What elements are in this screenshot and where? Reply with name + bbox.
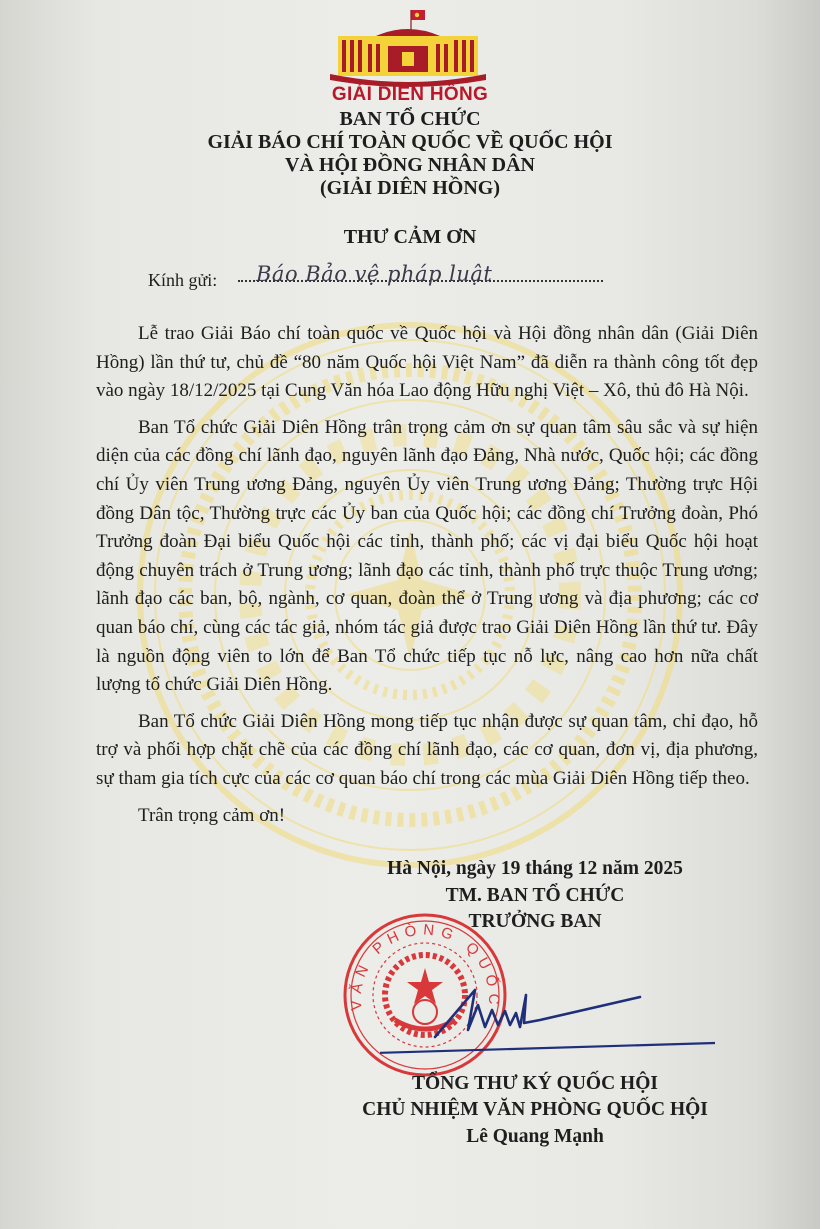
letter-title: THƯ CẢM ƠN [0, 226, 820, 249]
handwritten-signature-icon [380, 975, 720, 1055]
letter-body: Lễ trao Giải Báo chí toàn quốc về Quốc h… [96, 320, 758, 838]
letter-page: GIẢI DIÊN HỒNG BAN TỔ CHỨC GIẢI BÁO CHÍ … [0, 0, 820, 1229]
paragraph-2: Ban Tổ chức Giải Diên Hồng trân trọng cả… [96, 414, 758, 700]
place-date: Hà Nội, ngày 19 tháng 12 năm 2025 [325, 857, 745, 880]
on-behalf-of: TM. BAN TỔ CHỨC [325, 884, 745, 907]
signer-title-2: CHỦ NHIỆM VĂN PHÒNG QUỐC HỘI [325, 1098, 745, 1121]
paragraph-1: Lễ trao Giải Báo chí toàn quốc về Quốc h… [96, 320, 758, 406]
recipient-handwritten: Báo Bảo vệ pháp luật [256, 262, 492, 286]
award-name-line-3: (GIẢI DIÊN HỒNG) [0, 177, 820, 200]
award-name-line-2: VÀ HỘI ĐỒNG NHÂN DÂN [0, 154, 820, 177]
dien-hong-logo-icon [328, 6, 488, 88]
organizer-line: BAN TỔ CHỨC [0, 108, 820, 131]
greeting: Kính gửi: Báo Bảo vệ pháp luật [148, 270, 217, 291]
signer-title-1: TỔNG THƯ KÝ QUỐC HỘI [325, 1072, 745, 1095]
greeting-label: Kính gửi: [148, 270, 217, 291]
logo-text: GIẢI DIÊN HỒNG [0, 84, 820, 106]
paragraph-3: Ban Tổ chức Giải Diên Hồng mong tiếp tục… [96, 708, 758, 794]
signer-name: Lê Quang Mạnh [325, 1125, 745, 1148]
closing-line: Trân trọng cảm ơn! [96, 802, 758, 831]
award-name-line-1: GIẢI BÁO CHÍ TOÀN QUỐC VỀ QUỐC HỘI [0, 131, 820, 154]
